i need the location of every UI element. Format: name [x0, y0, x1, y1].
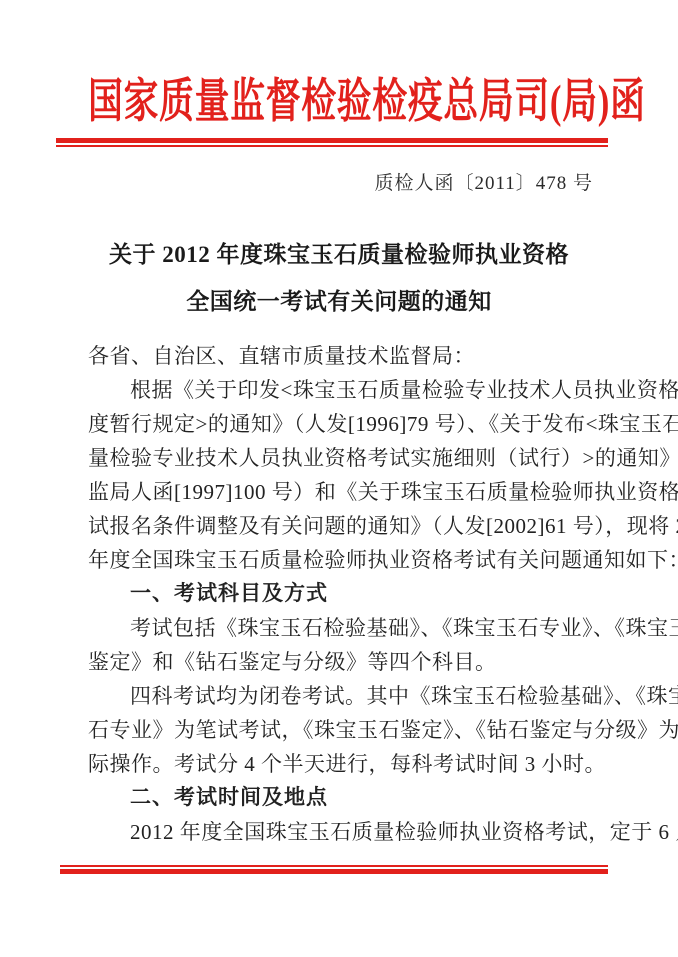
body-line: 石专业》为笔试考试，《珠宝玉石鉴定》、《钻石鉴定与分级》为实 — [88, 713, 610, 747]
body-line: 2012 年度全国珠宝玉石质量检验师执业资格考试，定于 6 月 — [88, 815, 610, 849]
document-title-line2: 全国统一考试有关问题的通知 — [0, 278, 678, 325]
body-line: 试报名条件调整及有关问题的通知》（人发[2002]61 号），现将 2012 — [88, 509, 610, 543]
body-line: 度暂行规定>的通知》（人发[1996]79 号）、《关于发布<珠宝玉石质 — [88, 407, 610, 441]
body-line: 年度全国珠宝玉石质量检验师执业资格考试有关问题通知如下： — [88, 543, 610, 577]
document-title: 关于 2012 年度珠宝玉石质量检验师执业资格 全国统一考试有关问题的通知 — [0, 231, 678, 325]
letterhead-divider — [56, 138, 608, 147]
body-line: 量检验专业技术人员执业资格考试实施细则（试行）>的通知》（技 — [88, 441, 610, 475]
document-number: 质检人函〔2011〕478 号 — [374, 168, 593, 195]
letterhead-title: 国家质量监督检验检疫总局司(局)函 — [88, 64, 590, 131]
divider-thin-bar — [56, 145, 608, 147]
section-heading-2: 二、考试时间及地点 — [88, 781, 610, 815]
divider-thick-bar — [60, 869, 608, 874]
body-line: 监局人函[1997]100 号）和《关于珠宝玉石质量检验师执业资格考 — [88, 475, 610, 509]
body-line: 根据《关于印发<珠宝玉石质量检验专业技术人员执业资格制 — [88, 373, 610, 407]
body-line: 四科考试均为闭卷考试。其中《珠宝玉石检验基础》、《珠宝玉 — [88, 679, 610, 713]
body-line-salutation: 各省、自治区、直辖市质量技术监督局： — [88, 339, 610, 373]
document-title-line1: 关于 2012 年度珠宝玉石质量检验师执业资格 — [0, 231, 678, 278]
body-line: 鉴定》和《钻石鉴定与分级》等四个科目。 — [88, 645, 610, 679]
document-page: 国家质量监督检验检疫总局司(局)函 质检人函〔2011〕478 号 关于 201… — [0, 0, 678, 957]
body-line: 际操作。考试分 4 个半天进行，每科考试时间 3 小时。 — [88, 747, 610, 781]
section-heading-1: 一、考试科目及方式 — [88, 577, 610, 611]
body-line: 考试包括《珠宝玉石检验基础》、《珠宝玉石专业》、《珠宝玉石 — [88, 611, 610, 645]
page-bottom-divider — [60, 865, 608, 874]
document-body: 各省、自治区、直辖市质量技术监督局： 根据《关于印发<珠宝玉石质量检验专业技术人… — [88, 339, 610, 849]
